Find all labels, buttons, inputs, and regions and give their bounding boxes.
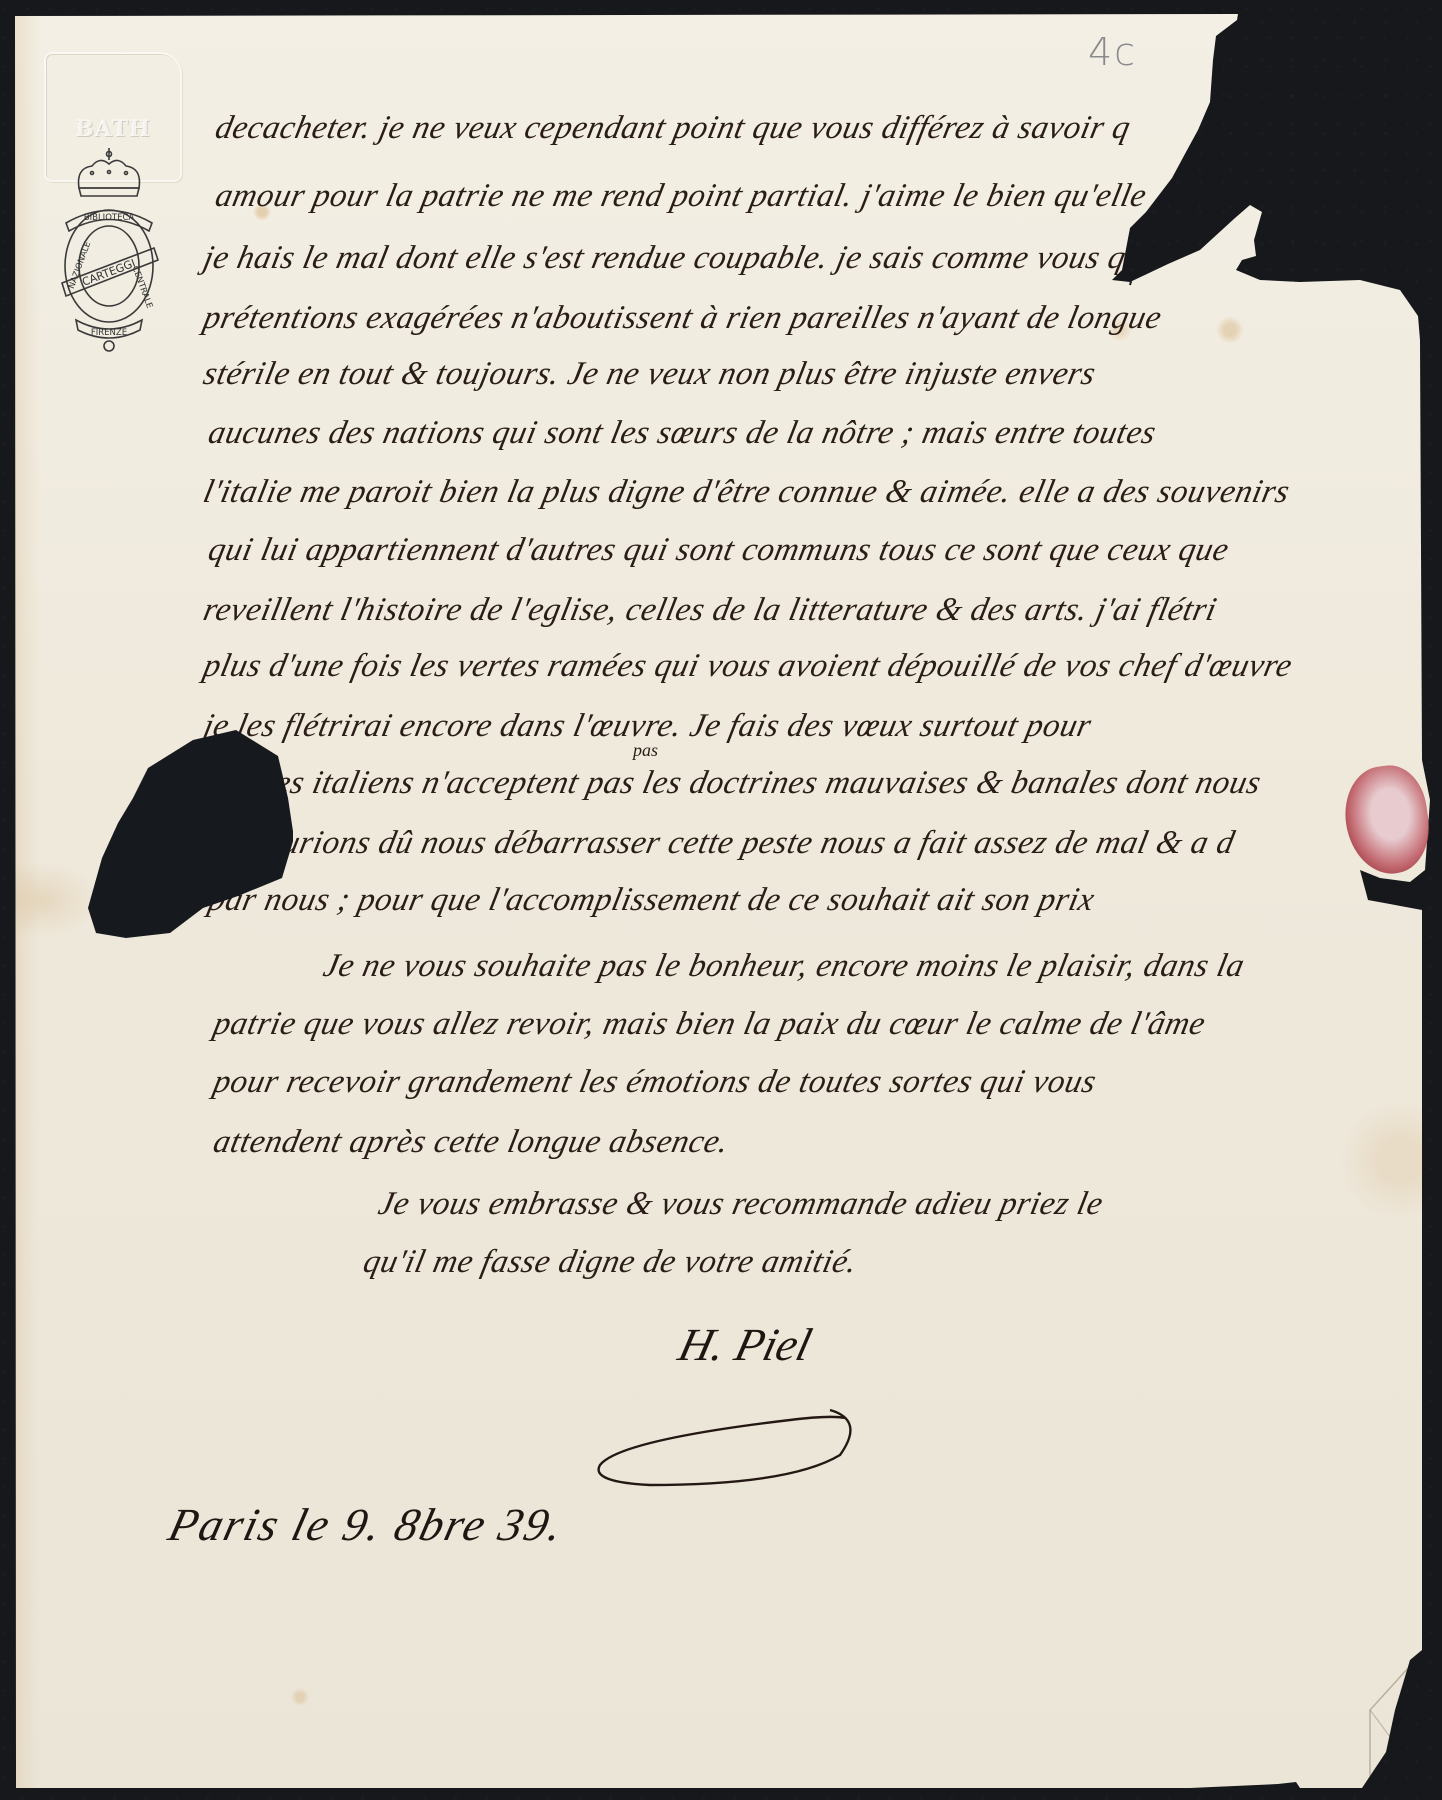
pencil-folio-note: 4c <box>1088 30 1137 74</box>
letter-line-15: Je ne vous souhaite pas le bonheur, enco… <box>320 948 1248 985</box>
letter-line-7: l'italie me paroit bien la plus digne d'… <box>200 474 1293 511</box>
letter-line-18: attendent après cette longue absence. <box>210 1124 732 1161</box>
letter-line-6: aucunes des nations qui sont les sœurs d… <box>205 415 1159 452</box>
letter-page: BATH BIBLIOTECA <box>0 0 1442 1800</box>
letter-line-3: je hais le mal dont elle s'est rendue co… <box>200 240 1129 277</box>
letter-line-8: qui lui appartiennent d'autres qui sont … <box>205 532 1232 569</box>
emboss-label: BATH <box>46 116 180 142</box>
letter-line-17: pour recevoir grandement les émotions de… <box>210 1064 1100 1101</box>
signature: H. Piel <box>673 1318 817 1371</box>
stamp-text-carteggi: CARTEGGI <box>80 257 137 289</box>
signature-flourish <box>590 1380 870 1490</box>
superscript-insertion: pas <box>633 740 658 761</box>
letter-line-5: stérile en tout & toujours. Je ne veux n… <box>200 356 1099 393</box>
letter-line-20: qu'il me fasse digne de votre amitié. <box>360 1244 861 1281</box>
letter-line-19: Je vous embrasse & vous recommande adieu… <box>375 1186 1106 1223</box>
letter-line-12: les italiens n'acceptent pas les doctrin… <box>262 765 1264 802</box>
library-stamp-icon: BIBLIOTECA NAZIONALE CARTEGGI CENTRALE F… <box>54 148 164 353</box>
letter-line-9: reveillent l'histoire de l'eglise, celle… <box>200 592 1220 629</box>
letter-line-13: aurions dû nous débarrasser cette peste … <box>262 825 1238 862</box>
letter-line-1: decacheter. je ne veux cependant point q… <box>212 110 1134 147</box>
letter-line-4: prétentions exagérées n'aboutissent à ri… <box>200 300 1165 337</box>
stamp-text-biblioteca: BIBLIOTECA <box>84 213 135 223</box>
folded-corner <box>1350 1650 1422 1790</box>
date-line: Paris le 9. 8bre 39. <box>163 1498 570 1551</box>
stamp-text-firenze: FIRENZE <box>91 328 127 338</box>
letter-line-14: par nous ; pour que l'accomplissement de… <box>205 882 1098 919</box>
letter-line-16: patrie que vous allez revoir, mais bien … <box>210 1006 1209 1043</box>
letter-line-2: amour pour la patrie ne me rend point pa… <box>212 178 1150 215</box>
letter-line-10: plus d'une fois les vertes ramées qui vo… <box>200 648 1295 685</box>
